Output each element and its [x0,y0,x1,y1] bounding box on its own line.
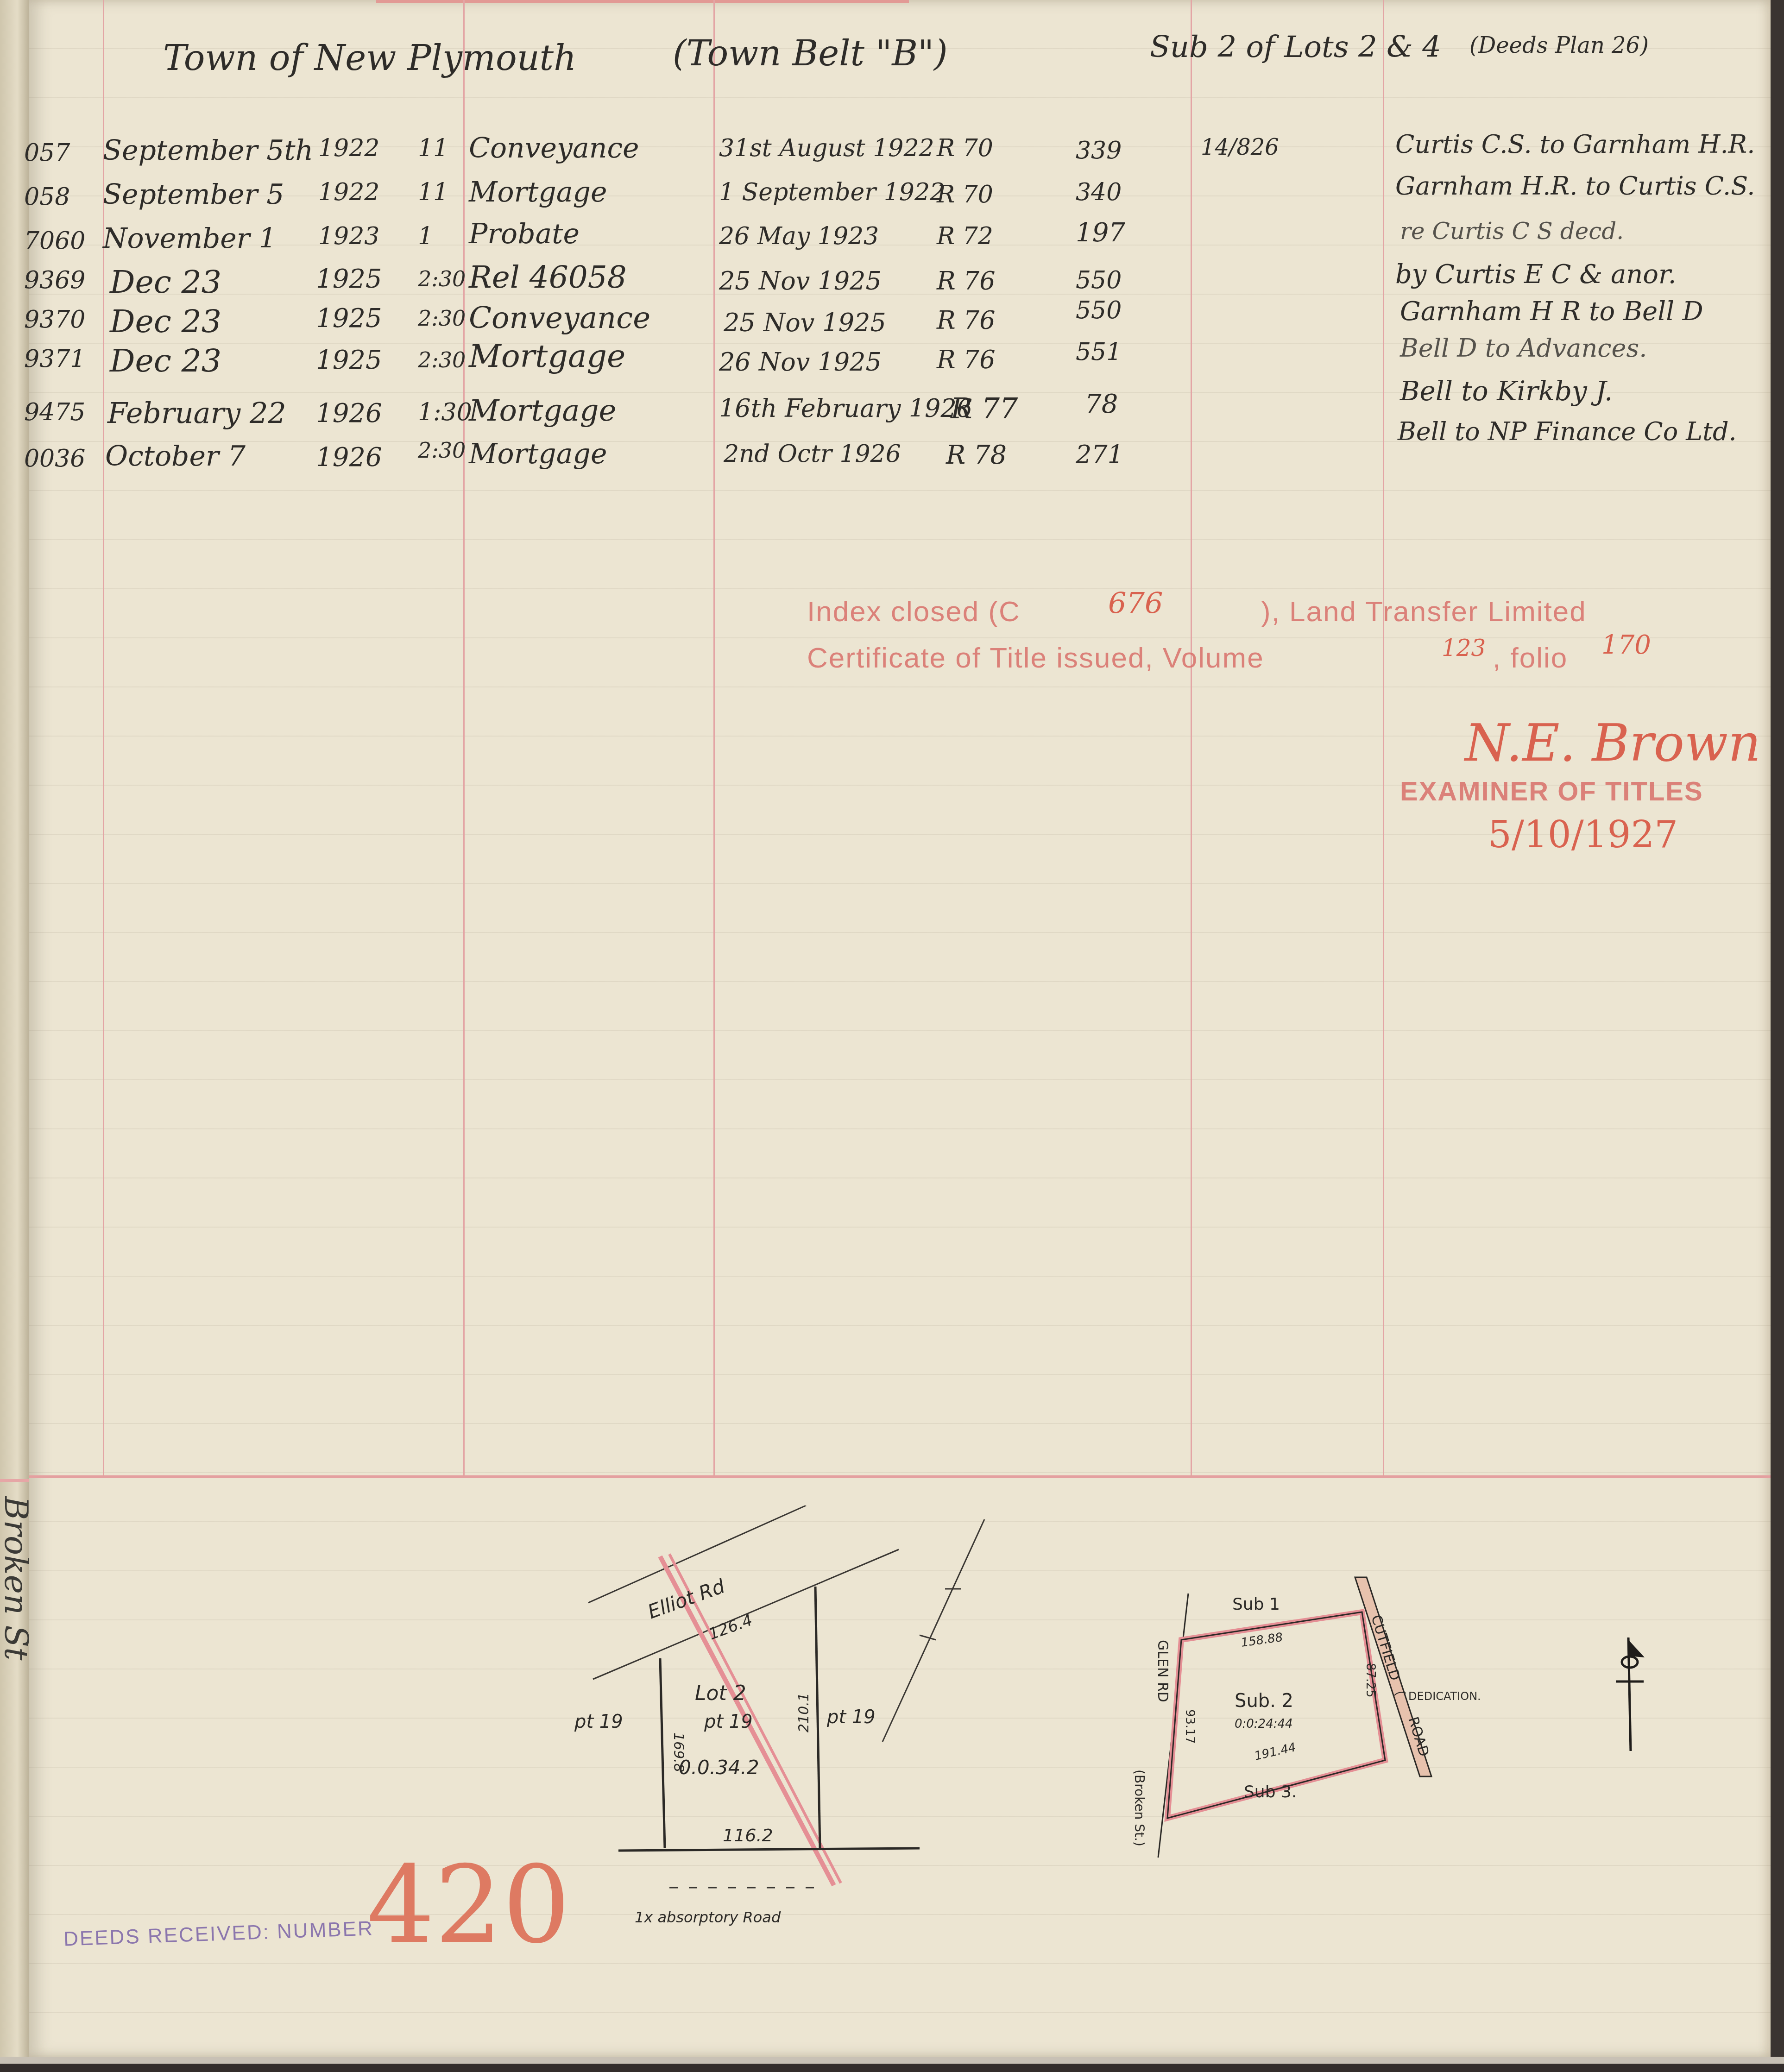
entry-instrument: Mortgage [469,438,607,470]
sub-1-label: Sub 1 [1232,1595,1280,1614]
entry-number: 9370 [24,306,85,334]
column-rule-ref [1191,0,1192,1478]
entry-folio: 550 [1076,266,1122,294]
top-dimension: 126.4 [706,1611,755,1644]
entry-instrument-date: 26 Nov 1925 [719,347,882,377]
stamp-index-number: 676 [1108,586,1163,620]
entry-instrument-date: 25 Nov 1925 [719,266,882,296]
left-dimension: 93.17 [1183,1709,1197,1744]
glen-road-label: GLEN RD [1154,1640,1171,1702]
part-left-label: pt 19 [574,1711,623,1732]
adjacent-page-rule [0,1479,29,1482]
broken-street-label: (Broken St.) [1132,1770,1147,1846]
ledger-page: Town of New Plymouth (Town Belt "B") Sub… [29,0,1771,2057]
entry-register: R 76 [937,306,996,335]
entry-date: November 1 [103,222,277,255]
entry-register: R 76 [937,266,996,296]
entry-time: 1 [418,222,433,250]
entry-parties: re Curtis C S decd. [1400,218,1624,245]
entry-parties: Bell to Kirkby J. [1400,375,1613,407]
entry-number: 0036 [24,445,85,472]
entry-number: 7060 [24,227,85,255]
entry-folio: 340 [1076,178,1122,206]
deeds-received-number: 420 [367,1844,570,1967]
entry-time: 2:30 [418,306,466,331]
lot-2-survey-diagram: Elliot Rd 126.4 Lot 2 pt 19 pt 19 pt 19 … [556,1505,996,1969]
entry-parties: Garnham H.R. to Curtis C.S. [1395,171,1755,201]
entry-folio: 271 [1076,440,1123,469]
entry-year: 1926 [316,398,382,428]
entry-instrument: Mortgage [469,338,625,375]
entry-register: R 77 [951,391,1018,425]
stamp-folio: 170 [1601,630,1651,660]
entry-year: 1925 [316,264,382,294]
entry-date: September 5th [103,134,313,167]
entry-register: R 70 [937,181,993,208]
entry-instrument: Rel 46058 [469,259,627,295]
entry-folio: 197 [1076,218,1125,248]
entry-folio: 551 [1076,338,1122,366]
left-dimension: 169.8 [670,1732,687,1772]
entry-instrument-date: 1 September 1922 [719,178,945,206]
entry-folio: 339 [1076,137,1122,164]
entry-instrument-date: 26 May 1923 [719,222,879,250]
stamp-line1-prefix: Index closed (C [807,595,1021,628]
entry-instrument-date: 31st August 1922 [719,134,934,162]
entry-number: 057 [24,139,70,167]
background-surface [0,2064,1784,2072]
entry-instrument-date: 2nd Octr 1926 [724,440,901,468]
entry-time: 2:30 [418,347,466,372]
entry-date: Dec 23 [110,343,221,379]
column-rule-margin [103,0,104,1478]
top-dimension: 158.88 [1240,1631,1284,1650]
entry-date: Dec 23 [110,264,221,301]
entry-parties: Curtis C.S. to Garnham H.R. [1395,130,1755,159]
entry-time: 11 [418,178,448,206]
part-label: pt 19 [704,1711,753,1732]
entry-number: 9475 [24,398,85,426]
entry-instrument: Mortgage [469,394,616,428]
entry-year: 1923 [318,222,379,250]
examiner-signature: N.E. Brown [1465,713,1761,773]
entry-time: 2:30 [418,438,466,463]
entry-date: September 5 [103,178,284,211]
entry-year: 1922 [318,178,379,206]
part-right-label: pt 19 [826,1707,876,1728]
district-heading: (Town Belt "B") [673,32,948,74]
entry-parties: Bell D to Advances. [1400,334,1647,363]
entry-parties: Bell to NP Finance Co Ltd. [1398,417,1737,446]
area-label: 0.0.34.2 [679,1756,759,1779]
entry-date: February 22 [107,396,286,430]
entry-register: R 70 [937,134,993,162]
entry-parties: Garnham H R to Bell D [1400,296,1703,327]
column-rule-instrument [463,0,465,1478]
entry-ref: 14/826 [1201,134,1279,160]
entry-date: Dec 23 [110,303,221,340]
stamp-line1-suffix: ), Land Transfer Limited [1261,595,1587,628]
sub-2-survey-diagram: Sub 1 Sub. 2 0:0:24:44 Sub 3. 158.88 191… [1112,1566,1529,1890]
deeds-received-stamp: DEEDS RECEIVED: NUMBER [63,1917,374,1951]
locality-heading: Town of New Plymouth [163,37,576,78]
lot-label: Lot 2 [695,1682,746,1705]
north-arrow-icon [1612,1635,1658,1756]
entry-register: R 76 [937,345,996,374]
entry-instrument: Conveyance [469,301,650,335]
entry-number: 058 [24,183,70,211]
entry-time: 11 [418,134,448,162]
entry-time: 2:30 [418,266,466,291]
entry-number: 9369 [24,266,85,294]
top-red-bar [376,0,909,3]
entry-date: October 7 [105,440,246,472]
stamp-line2-prefix: Certificate of Title issued, Volume [807,642,1264,674]
entry-instrument: Probate [469,218,580,250]
entry-instrument: Conveyance [469,132,639,164]
entry-instrument: Mortgage [469,176,607,208]
entry-register: R 72 [937,222,993,250]
entry-number: 9371 [24,345,85,373]
sub-2-label: Sub. 2 [1235,1690,1293,1712]
column-rule-date [713,0,715,1478]
stamp-folio-label: , folio [1493,642,1568,674]
dedication-label: DEDICATION. [1408,1690,1481,1703]
entry-instrument-date: 25 Nov 1925 [724,308,886,337]
entry-register: R 78 [946,440,1007,470]
right-dimension: 210.1 [796,1693,812,1732]
entry-instrument-date: 16th February 1926 [719,394,972,423]
bottom-road-label: 1x absorptory Road [635,1908,781,1926]
entry-time: 1:30 [418,398,472,426]
entry-year: 1925 [316,303,382,334]
examiner-of-titles-stamp: EXAMINER OF TITLES [1400,776,1703,807]
diagram-section-rule [29,1475,1771,1478]
entry-year: 1926 [316,442,382,472]
sub-3-label: Sub 3. [1244,1782,1297,1801]
entry-parties: by Curtis E C & anor. [1395,259,1676,290]
entry-year: 1922 [318,134,379,162]
column-rule-parties [1383,0,1384,1478]
entry-year: 1925 [316,345,382,375]
examiner-date: 5/10/1927 [1488,813,1678,856]
right-dimension: 87.25 [1363,1663,1377,1697]
bottom-dimension: 116.2 [723,1825,773,1845]
stamp-volume: 123 [1442,635,1486,661]
parcel-heading: Sub 2 of Lots 2 & 4 [1150,30,1441,64]
entry-folio: 78 [1085,389,1118,419]
entry-folio: 550 [1076,296,1122,324]
bottom-dimension: 191.44 [1253,1740,1297,1763]
plan-reference: (Deeds Plan 26) [1469,32,1649,58]
sub-2-area: 0:0:24:44 [1235,1717,1293,1731]
road-label-top: Elliot Rd [645,1574,728,1623]
